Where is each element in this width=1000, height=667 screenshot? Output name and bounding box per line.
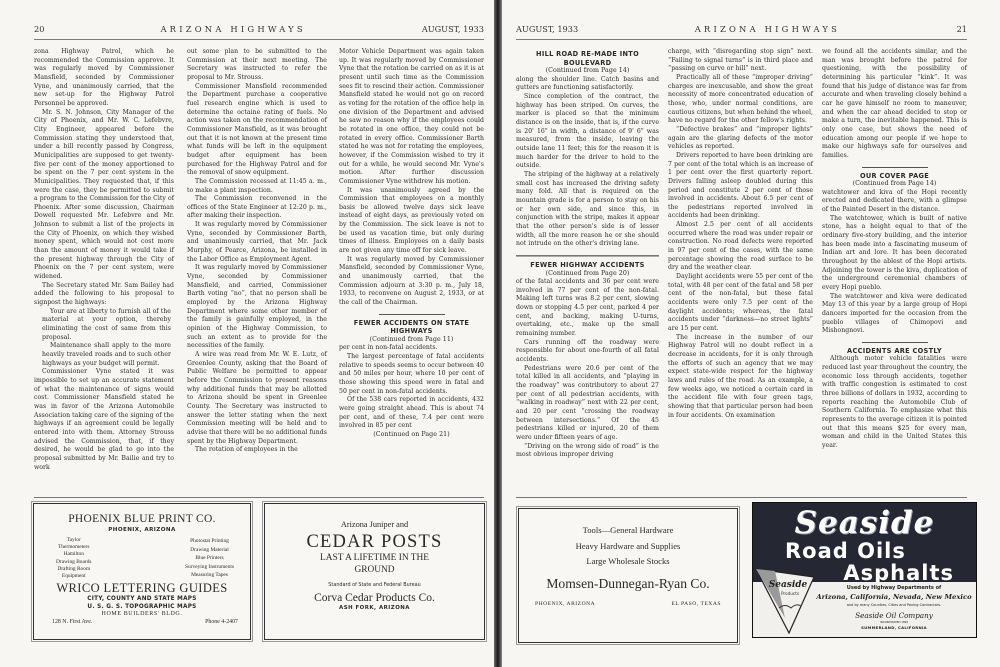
- paragraph: The increase in the number of our Highwa…: [668, 334, 813, 421]
- ad-item: Drawing Material: [185, 546, 234, 555]
- ad-line: Heavy Hardware and Supplies: [519, 539, 737, 555]
- paragraph: Commissioner Vyne stated it was impossib…: [34, 368, 174, 472]
- paragraph: Pedestrians were 20.6 per cent of the to…: [516, 365, 659, 443]
- footer-rule: [516, 497, 967, 499]
- ad-item: Drafting Room: [56, 566, 91, 573]
- ad-item: Hamilton: [56, 551, 91, 558]
- paragraph: The watchtower and kiva were dedicated M…: [822, 293, 967, 336]
- article-heading: ACCIDENTS ARE COSTLY: [822, 347, 967, 356]
- ad-headline: CEDAR POSTS: [265, 532, 484, 552]
- seaside-triangle-logo-icon: Seaside Products: [755, 568, 815, 634]
- magazine-title: ARIZONA HIGHWAYS: [160, 24, 305, 34]
- paragraph: Commissioner Mansfield recommended the D…: [187, 83, 327, 178]
- continuation-note: (Continued from Page 20): [516, 270, 659, 279]
- right-page: AUGUST, 1933 ARIZONA HIGHWAYS 21 HILL RO…: [496, 0, 1000, 667]
- paragraph: Daylight accidents were 55 per cent of t…: [668, 273, 813, 334]
- ad-item: Thermometers: [56, 544, 91, 551]
- ad-company-name: Corva Cedar Products Co.: [265, 592, 484, 604]
- paragraph: The watchtower, which is built of native…: [822, 215, 967, 293]
- continuation-note: (Continued on Page 21): [339, 431, 484, 440]
- column-2: out some plan to be submitted to the Com…: [187, 48, 327, 455]
- quoted-paragraph: Maintenance shall apply to the more heav…: [34, 342, 174, 368]
- ad-company-name: PHOENIX BLUE PRINT CO.: [34, 513, 250, 525]
- paragraph: The Commission reconvened in the offices…: [187, 195, 327, 221]
- ad-tagline: LAST A LIFETIME IN THE: [265, 553, 484, 564]
- book-gutter: [494, 0, 502, 667]
- svg-text:Products: Products: [781, 591, 799, 596]
- paragraph: It was regularly moved by Commissioner V…: [187, 221, 327, 264]
- issue-date: AUGUST, 1933: [422, 24, 484, 34]
- paragraph: Motor Vehicle Department was again taken…: [339, 48, 484, 187]
- paragraph: out some plan to be submitted to the Com…: [187, 48, 327, 83]
- paragraph: The largest percentage of fatal accident…: [339, 353, 484, 396]
- ad-incorporated: INCORPORATED 1899: [813, 621, 975, 624]
- ad-location: ASH FORK, ARIZONA: [265, 605, 484, 611]
- ad-item: Blue Printers: [185, 554, 234, 563]
- ad-seaside-road-oils: Seaside Road Oils Asphalts Used by Highw…: [752, 502, 977, 638]
- header-rule: [516, 39, 967, 40]
- page-number: 21: [957, 24, 967, 34]
- section-divider: [379, 314, 445, 315]
- ad-line: Road Oils: [775, 540, 976, 562]
- section-divider: [862, 342, 928, 343]
- article-heading: FEWER HIGHWAY ACCIDENTS: [516, 261, 659, 270]
- column-3: we found all the accidents similar, and …: [822, 48, 967, 451]
- ad-tagline: GROUND: [265, 565, 484, 576]
- ad-item: Equipment: [56, 573, 91, 580]
- ad-product-columns: Taylor Thermometers Hamilton Drawing Boa…: [34, 533, 250, 580]
- ad-phone: Phone 4-2407: [205, 619, 238, 625]
- ad-line: CITY, COUNTY AND STATE MAPS: [34, 596, 250, 604]
- ad-intro: Arizona Juniper and: [265, 520, 484, 529]
- ad-states: Arizona, California, Nevada, New Mexico: [813, 593, 975, 601]
- paragraph: Of the 538 cars reported in accidents, 4…: [339, 396, 484, 431]
- paragraph: The rotation of employees in the: [187, 446, 327, 455]
- column-2: charge, with “disregarding stop sign” ne…: [668, 48, 813, 420]
- article-heading: FEWER ACCIDENTS ON STATE HIGHWAYS: [339, 319, 484, 336]
- column-3: Motor Vehicle Department was again taken…: [339, 48, 484, 440]
- ad-company-name: Momsen-Dunnegan-Ryan Co.: [519, 577, 737, 591]
- paragraph: Practically all of these “improper drivi…: [668, 74, 813, 126]
- left-page: 20 ARIZONA HIGHWAYS AUGUST, 1933 zona Hi…: [0, 0, 496, 667]
- continuation-note: (Continued from Page 11): [339, 336, 484, 345]
- ad-info: Used by Highway Departments of Arizona, …: [813, 585, 975, 630]
- article-heading: HILL ROAD RE-MADE INTO BOULEVARD: [516, 50, 659, 67]
- ad-line: Large Wholesale Stocks: [519, 554, 737, 570]
- paragraph: per cent in non-fatal accidents.: [339, 344, 484, 353]
- ad-item: Measuring Tapes: [185, 571, 234, 580]
- ad-location: EL PASO, TEXAS: [671, 601, 721, 607]
- ad-location: PHOENIX, ARIZONA: [535, 601, 595, 607]
- ad-building: HOME BUILDERS' BLDG.: [34, 611, 250, 619]
- section-divider: [862, 167, 928, 168]
- paragraph: “Defective brakes” and “improper lights”…: [668, 126, 813, 152]
- ad-footer: 128 N. First Ave. Phone 4-2407: [34, 619, 250, 625]
- ad-line: Tools—General Hardware: [519, 523, 737, 539]
- ad-standard: Standard of State and Federal Bureau: [265, 582, 484, 588]
- section-divider: [516, 255, 659, 257]
- ad-brand: Seaside: [753, 506, 976, 540]
- issue-date: AUGUST, 1933: [516, 24, 578, 34]
- paragraph: Although motor vehicle fatalities were r…: [822, 355, 967, 450]
- continuation-note: (Continued from Page 14): [822, 180, 967, 189]
- ad-address: 128 N. First Ave.: [52, 619, 92, 625]
- paragraph: Mr. S. N. Johnson, City Manager of the C…: [34, 109, 174, 282]
- paragraph: The Secretary stated Mr. Sam Bailey had …: [34, 282, 174, 308]
- article-heading: OUR COVER PAGE: [822, 172, 967, 181]
- ad-momsen-dunnegan-ryan: Tools—General Hardware Heavy Hardware an…: [518, 508, 738, 643]
- ad-right-items: Photostat Printing Drawing Material Blue…: [185, 537, 234, 580]
- paragraph: A wire was read from Mr. W. E. Lutz, of …: [187, 351, 327, 446]
- paragraph: along the shoulder line. Catch basins an…: [516, 76, 659, 93]
- paragraph: The Commission recessed at 11:45 a. m., …: [187, 178, 327, 195]
- paragraph: Drivers reported to have been drinking a…: [668, 152, 813, 221]
- paragraph: watchtower and kiva of the Hopi recently…: [822, 189, 967, 215]
- ad-company-name: Seaside Oil Company: [813, 611, 975, 620]
- paragraph: charge, with “disregarding stop sign” ne…: [668, 48, 813, 74]
- paragraph: of the fatal accidents and 36 per cent w…: [516, 278, 659, 339]
- ad-line: U. S. G. S. TOPOGRAPHIC MAPS: [34, 604, 250, 612]
- ad-others: and by many Counties, Cities and Paving …: [813, 603, 975, 607]
- ad-headline: WRICO LETTERING GUIDES: [34, 581, 250, 596]
- paragraph: It was unanimously agreed by the Commiss…: [339, 187, 484, 256]
- page-number: 20: [34, 24, 44, 34]
- paragraph: The striping of the highway at a relativ…: [516, 171, 659, 249]
- page-header: 20 ARIZONA HIGHWAYS AUGUST, 1933: [34, 24, 484, 38]
- quoted-paragraph: Your are at liberty to furnish all of th…: [34, 308, 174, 343]
- ad-location: SUMMERLAND, CALIFORNIA: [813, 625, 975, 630]
- paragraph: zona Highway Patrol, which he recommende…: [34, 48, 174, 109]
- ad-phoenix-blue-print: PHOENIX BLUE PRINT CO. PHOENIX, ARIZONA …: [33, 503, 251, 640]
- paragraph: we found all the accidents similar, and …: [822, 48, 967, 161]
- page-header: AUGUST, 1933 ARIZONA HIGHWAYS 21: [516, 24, 967, 38]
- ad-item: Drawing Boards: [56, 559, 91, 566]
- svg-text:Seaside: Seaside: [769, 580, 808, 590]
- ad-item: Taylor: [56, 537, 91, 544]
- magazine-title: ARIZONA HIGHWAYS: [695, 24, 840, 34]
- column-1: HILL ROAD RE-MADE INTO BOULEVARD(Continu…: [516, 48, 659, 460]
- ad-item: Surveying Instruments: [185, 563, 234, 572]
- continuation-note: (Continued from Page 14): [516, 67, 659, 76]
- ad-footer: PHOENIX, ARIZONA EL PASO, TEXAS: [519, 601, 737, 607]
- paragraph: Since completion of the contract, the hi…: [516, 93, 659, 171]
- ad-left-items: Taylor Thermometers Hamilton Drawing Boa…: [56, 537, 91, 580]
- ad-corva-cedar: Arizona Juniper and CEDAR POSTS LAST A L…: [264, 503, 485, 640]
- paragraph: It was regularly moved by Commissioner V…: [187, 264, 327, 351]
- ad-used-by: Used by Highway Departments of: [813, 585, 975, 591]
- header-rule: [34, 39, 484, 40]
- paragraph: It was regularly moved by Commissioner M…: [339, 256, 484, 308]
- paragraph: Almost 2.5 per cent of all accidents occ…: [668, 221, 813, 273]
- ad-item: Photostat Printing: [185, 537, 234, 546]
- paragraph: Cars running off the roadway were respon…: [516, 339, 659, 365]
- column-1: zona Highway Patrol, which he recommende…: [34, 48, 174, 472]
- paragraph: “Driving on the wrong side of road” is t…: [516, 443, 659, 460]
- footer-rule: [34, 497, 484, 499]
